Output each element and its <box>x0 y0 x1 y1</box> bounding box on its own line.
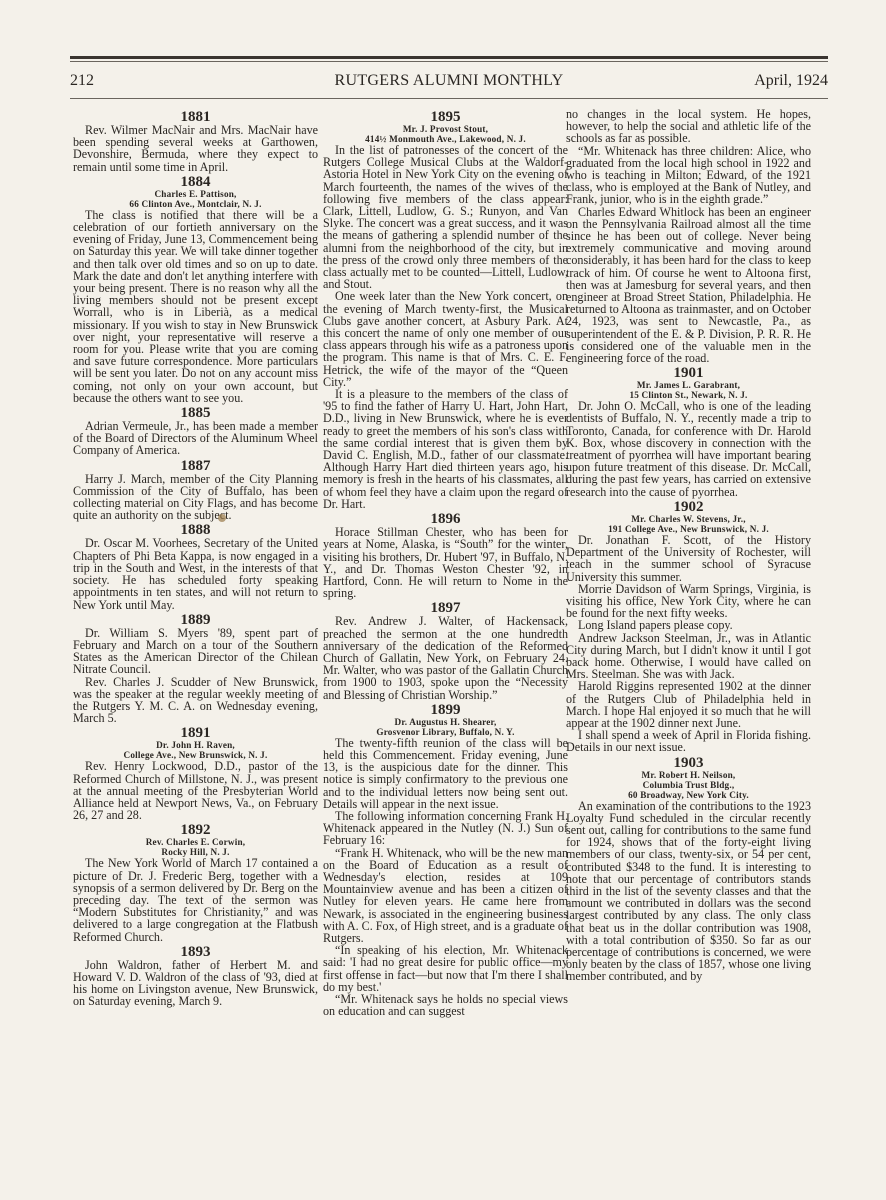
class-secretary-address: Mr. Charles W. Stevens, Jr., <box>566 514 811 524</box>
news-paragraph: John Waldron, father of Herbert M. and H… <box>73 959 318 1008</box>
class-year-heading: 1884 <box>73 175 318 189</box>
class-year-heading: 1887 <box>73 459 318 473</box>
news-paragraph: An examination of the contributions to t… <box>566 800 811 983</box>
class-year-heading: 1896 <box>323 512 568 526</box>
news-paragraph: The following information concerning Fra… <box>323 810 568 847</box>
class-secretary-address: Rev. Charles E. Corwin, <box>73 837 318 847</box>
class-year-heading: 1895 <box>323 110 568 124</box>
news-paragraph: “Mr. Whitenack has three children: Alice… <box>566 145 811 206</box>
news-paragraph: One week later than the New York concert… <box>323 290 568 388</box>
class-year-heading: 1885 <box>73 406 318 420</box>
news-paragraph: The twenty-fifth reunion of the class wi… <box>323 737 568 810</box>
news-paragraph: In the list of patronesses of the concer… <box>323 144 568 290</box>
news-paragraph: It is a pleasure to the members of the c… <box>323 388 568 510</box>
class-secretary-address: Mr. Robert H. Neilson, <box>566 770 811 780</box>
news-paragraph: no changes in the local system. He hopes… <box>566 108 811 145</box>
news-paragraph: Morrie Davidson of Warm Springs, Virgini… <box>566 583 811 620</box>
class-year-heading: 1892 <box>73 823 318 837</box>
class-secretary-address: Columbia Trust Bldg., <box>566 780 811 790</box>
header-rule-thin <box>70 61 828 62</box>
class-year-heading: 1903 <box>566 756 811 770</box>
class-year-heading: 1881 <box>73 110 318 124</box>
column-3: no changes in the local system. He hopes… <box>566 108 811 983</box>
issue-date: April, 1924 <box>754 72 828 90</box>
news-paragraph: Rev. Wilmer MacNair and Mrs. MacNair hav… <box>73 124 318 173</box>
news-paragraph: Dr. William S. Myers '89, spent part of … <box>73 627 318 676</box>
column-1: 1881Rev. Wilmer MacNair and Mrs. MacNair… <box>73 108 318 1008</box>
news-paragraph: Dr. John O. McCall, who is one of the le… <box>566 400 811 498</box>
paper-stain <box>218 514 226 522</box>
news-paragraph: Long Island papers please copy. <box>566 619 811 631</box>
news-paragraph: Horace Stillman Chester, who has been fo… <box>323 526 568 599</box>
news-paragraph: Adrian Vermeule, Jr., has been made a me… <box>73 420 318 457</box>
news-paragraph: Rev. Andrew J. Walter, of Hackensack, pr… <box>323 615 568 700</box>
news-paragraph: I shall spend a week of April in Florida… <box>566 729 811 753</box>
class-year-heading: 1891 <box>73 726 318 740</box>
news-paragraph: Harry J. March, member of the City Plann… <box>73 473 318 522</box>
page-header: 212 RUTGERS ALUMNI MONTHLY April, 1924 <box>70 72 828 94</box>
header-rule-thick <box>70 56 828 59</box>
news-paragraph: “Mr. Whitenack says he holds no special … <box>323 993 568 1017</box>
news-paragraph: Charles Edward Whitlock has been an engi… <box>566 206 811 365</box>
class-secretary-address: Dr. John H. Raven, <box>73 740 318 750</box>
news-paragraph: Dr. Jonathan F. Scott, of the History De… <box>566 534 811 583</box>
publication-title: RUTGERS ALUMNI MONTHLY <box>70 72 828 90</box>
news-paragraph: Andrew Jackson Steelman, Jr., was in Atl… <box>566 632 811 681</box>
class-secretary-address: Mr. James L. Garabrant, <box>566 380 811 390</box>
news-paragraph: The New York World of March 17 contained… <box>73 857 318 942</box>
class-year-heading: 1899 <box>323 703 568 717</box>
class-secretary-address: Mr. J. Provost Stout, <box>323 124 568 134</box>
class-year-heading: 1902 <box>566 500 811 514</box>
class-year-heading: 1889 <box>73 613 318 627</box>
class-year-heading: 1893 <box>73 945 318 959</box>
class-secretary-address: Dr. Augustus H. Shearer, <box>323 717 568 727</box>
column-2: 1895Mr. J. Provost Stout,414½ Monmouth A… <box>323 108 568 1017</box>
news-paragraph: Rev. Henry Lockwood, D.D., pastor of the… <box>73 760 318 821</box>
news-paragraph: Harold Riggins represented 1902 at the d… <box>566 680 811 729</box>
news-paragraph: Dr. Oscar M. Voorhees, Secretary of the … <box>73 537 318 610</box>
class-year-heading: 1897 <box>323 601 568 615</box>
news-paragraph: The class is notified that there will be… <box>73 209 318 404</box>
class-year-heading: 1888 <box>73 523 318 537</box>
class-secretary-address: Charles E. Pattison, <box>73 189 318 199</box>
header-rule-bottom <box>70 98 828 99</box>
class-year-heading: 1901 <box>566 366 811 380</box>
news-paragraph: “In speaking of his election, Mr. Whiten… <box>323 944 568 993</box>
news-paragraph: “Frank H. Whitenack, who will be the new… <box>323 847 568 945</box>
news-paragraph: Rev. Charles J. Scudder of New Brunswick… <box>73 676 318 725</box>
